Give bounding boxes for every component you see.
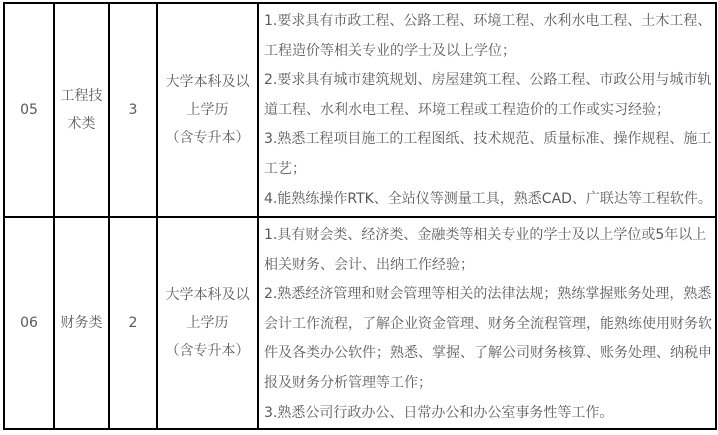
education-cell: 大学本科及以上学历 （含专升本） xyxy=(157,3,258,217)
headcount-cell: 2 xyxy=(109,217,157,429)
requirement-item: 4.能熟练操作RTK、全站仪等测量工具，熟悉CAD、广联达等工程软件。 xyxy=(264,185,713,215)
requirements-cell: 1.具有财会类、经济类、金融类等相关专业的学士及以上学位或5年以上相关财务、会计… xyxy=(258,217,716,429)
headcount: 3 xyxy=(129,102,138,118)
education-requirement: 大学本科及以上学历 xyxy=(162,68,253,124)
requirements-cell: 1.要求具有市政工程、公路工程、环境工程、水利水电工程、土木工程、工程造价等相关… xyxy=(258,3,716,217)
position-number: 06 xyxy=(20,315,38,331)
position-category: 工程技术类 xyxy=(61,88,103,132)
headcount: 2 xyxy=(129,315,138,331)
requirement-item: 2.要求具有城市建筑规划、房屋建筑工程、公路工程、市政公用与城市轨道工程、水利水… xyxy=(264,66,713,125)
table-row: 06 财务类 2 大学本科及以上学历 （含专升本） 1.具有财会类、经济类、金融… xyxy=(4,217,716,429)
position-number-cell: 06 xyxy=(4,217,54,429)
headcount-cell: 3 xyxy=(109,3,157,217)
position-number-cell: 05 xyxy=(4,3,54,217)
position-category: 财务类 xyxy=(61,315,103,331)
position-number: 05 xyxy=(20,102,38,118)
job-requirements-table-wrap: 05 工程技术类 3 大学本科及以上学历 （含专升本） 1.要求具有市政工程、公… xyxy=(3,2,715,430)
table-row: 05 工程技术类 3 大学本科及以上学历 （含专升本） 1.要求具有市政工程、公… xyxy=(4,3,716,217)
position-category-cell: 工程技术类 xyxy=(54,3,109,217)
education-requirement: 大学本科及以上学历 xyxy=(162,281,253,337)
requirement-item: 1.要求具有市政工程、公路工程、环境工程、水利水电工程、土木工程、工程造价等相关… xyxy=(264,7,713,66)
education-cell: 大学本科及以上学历 （含专升本） xyxy=(157,217,258,429)
job-requirements-table: 05 工程技术类 3 大学本科及以上学历 （含专升本） 1.要求具有市政工程、公… xyxy=(3,2,717,430)
education-note: （含专升本） xyxy=(162,337,253,365)
requirement-item: 3.熟悉公司行政办公、日常办公和办公室事务性等工作。 xyxy=(264,399,713,429)
position-category-cell: 财务类 xyxy=(54,217,109,429)
requirement-item: 3.熟悉工程项目施工的工程图纸、技术规范、质量标准、操作规程、施工工艺； xyxy=(264,125,713,184)
education-note: （含专升本） xyxy=(162,124,253,152)
requirement-item: 1.具有财会类、经济类、金融类等相关专业的学士及以上学位或5年以上相关财务、会计… xyxy=(264,221,713,280)
requirement-item: 2.熟悉经济管理和财会管理等相关的法律法规；熟练掌握账务处理，熟悉会计工作流程，… xyxy=(264,280,713,398)
